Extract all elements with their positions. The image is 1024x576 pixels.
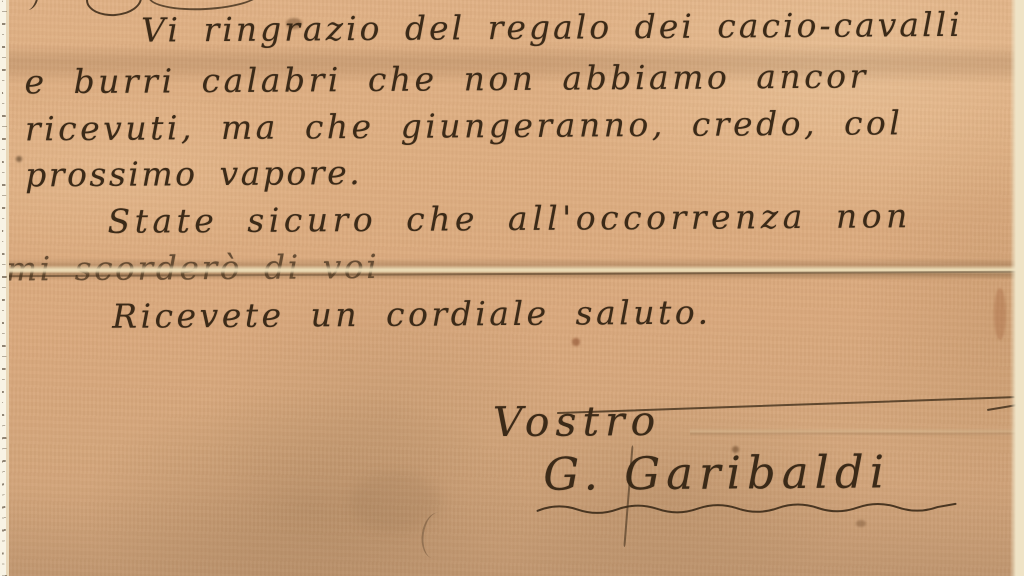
scanned-letter-photo: Vi ringrazio del regalo dei cacio-cavall…: [0, 0, 1024, 576]
faint-pen-arc: [419, 511, 453, 560]
letter-line: Vi ringrazio del regalo dei cacio-cavall…: [141, 5, 963, 50]
letter-line: ricevuti, ma che giungeranno, credo, col: [25, 103, 904, 148]
signature: G. Garibaldi: [543, 445, 890, 500]
letter-line: State sicuro che all'occorrenza non: [107, 196, 912, 241]
letter-line: prossimo vapore.: [25, 153, 362, 194]
letter-line: Ricevete un cordiale saluto.: [112, 293, 712, 336]
signature-underline-flourish: [535, 497, 959, 518]
valediction: Vostro: [493, 397, 662, 446]
fold-crease: [0, 258, 1024, 280]
letter-body: Vi ringrazio del regalo dei cacio-cavall…: [0, 0, 1024, 576]
faint-crease-right: [690, 428, 1024, 436]
letter-line: e burri calabri che non abbiamo ancor: [24, 57, 869, 102]
torn-paper-edge-left: [0, 0, 9, 576]
letter-paper: Vi ringrazio del regalo dei cacio-cavall…: [0, 0, 1024, 576]
torn-edge-specks: [2, 0, 7, 576]
paper-edge-right: [1010, 0, 1024, 576]
